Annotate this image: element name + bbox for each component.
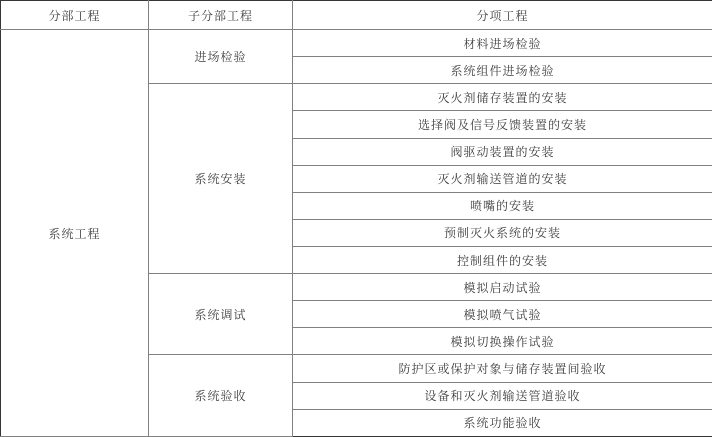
header-row: 分部工程 子分部工程 分项工程 xyxy=(1,1,712,30)
item-cell: 灭火剂输送管道的安装 xyxy=(293,165,712,192)
item-cell: 灭火剂储存装置的安装 xyxy=(293,84,712,111)
item-cell: 模拟启动试验 xyxy=(293,274,712,301)
item-cell: 选择阀及信号反馈装置的安装 xyxy=(293,111,712,138)
division-cell: 系统工程 xyxy=(1,30,149,437)
item-cell: 模拟切换操作试验 xyxy=(293,328,712,355)
item-cell: 防护区或保护对象与储存装置间验收 xyxy=(293,355,712,382)
group-cell-system-installation: 系统安装 xyxy=(149,84,293,274)
group-cell-system-commissioning: 系统调试 xyxy=(149,274,293,355)
table-row: 系统工程 进场检验 材料进场检验 xyxy=(1,30,712,57)
item-cell: 系统组件进场检验 xyxy=(293,57,712,84)
item-cell: 预制灭火系统的安装 xyxy=(293,219,712,246)
header-sub-division: 子分部工程 xyxy=(149,1,293,30)
group-cell-system-acceptance: 系统验收 xyxy=(149,355,293,437)
item-cell: 材料进场检验 xyxy=(293,30,712,57)
item-cell: 系统功能验收 xyxy=(293,409,712,436)
header-division: 分部工程 xyxy=(1,1,149,30)
item-cell: 阀驱动装置的安装 xyxy=(293,138,712,165)
item-cell: 设备和灭火剂输送管道验收 xyxy=(293,382,712,409)
document-page: 分部工程 子分部工程 分项工程 系统工程 进场检验 材料进场检验 系统组件进场检… xyxy=(0,0,712,437)
engineering-division-table: 分部工程 子分部工程 分项工程 系统工程 进场检验 材料进场检验 系统组件进场检… xyxy=(0,0,712,437)
group-cell-incoming-inspection: 进场检验 xyxy=(149,30,293,84)
item-cell: 喷嘴的安装 xyxy=(293,192,712,219)
item-cell: 控制组件的安装 xyxy=(293,247,712,274)
header-item: 分项工程 xyxy=(293,1,712,30)
item-cell: 模拟喷气试验 xyxy=(293,301,712,328)
